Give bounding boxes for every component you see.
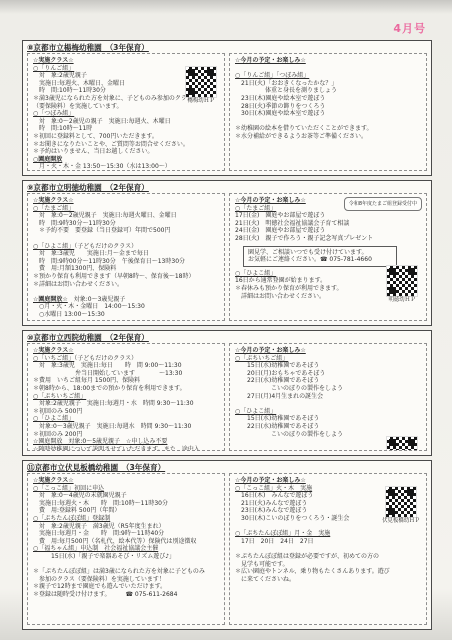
contact-box: 園見学、ご相談いつでも受け付けています。お気軽にご連絡ください。☎ 075-78…: [243, 246, 397, 267]
text-line: 30日(木)園庭や絵本室で遊ぼう: [235, 110, 421, 118]
text-line: 月・火・木・金 13:50～15:30（水は13:00～）: [33, 163, 219, 171]
text-line: ＊詳細はお問い合わせください。: [33, 281, 219, 289]
text-line: ＊「ぷちたんぽぽ組」は満3歳になられた方を対象に子どものみ: [33, 568, 219, 576]
classes-box: ☆実施クラス☆○「こっこ組」初回に申込 対 象:0～4歳児の未就園児親子 実施日…: [27, 473, 225, 625]
text-line: 22日(水)幼稚園であそぼう: [235, 423, 421, 431]
qr-code: 明徳幼ＨＰ: [382, 265, 422, 304]
text-line: ＊お聞きになりたいことや、ご質問等お問合せください。: [33, 141, 219, 149]
text-line: ○月・火・木・金曜日 14:00～15:30: [33, 303, 219, 311]
text-line: ＊預かり保育も利用できます（早朝8時～、保育後～18時）: [33, 273, 219, 281]
text-line: 体重と身長を測りましょう: [235, 87, 421, 95]
section-saiin: ⑩京都市立西院幼稚園 （2年保育） ☆実施クラス☆○「いちご組」（子どもだけのク…: [22, 330, 432, 456]
text-line: ☆実施クラス☆: [33, 347, 219, 355]
text-line: 15日(水)幼稚園であそぼう: [235, 362, 421, 370]
qr-label: 明徳幼ＨＰ: [382, 297, 422, 304]
text-line: [235, 400, 421, 408]
text-line: [33, 561, 219, 569]
text-line: 対 象:0～2歳児親子 実施日:毎週火曜日、金曜日: [33, 212, 219, 220]
section-title: ⑨京都市立明徳幼稚園 （2年保育）: [27, 183, 427, 193]
text-line: 対 象:3歳児 実施日:月～金まで毎日: [33, 250, 219, 258]
text-line: 27日(月)4月生まれの誕生会: [235, 393, 421, 401]
section-youbai: ⑧京都市立楊梅幼稚園 （3年保育） 楊梅幼ＨＰ ☆実施クラス☆○「りんご組」 対…: [22, 40, 432, 176]
text-line: ☆今月の予定・お楽しみ☆: [235, 347, 421, 355]
text-line: 費 用:登録料 500円（年間）: [33, 507, 219, 515]
text-line: [33, 288, 219, 296]
text-line: ＊初回に登録料として、700円いただきます。: [33, 133, 219, 141]
section-title: ⑪京都市立伏見板橋幼稚園 （3年保育）: [27, 463, 427, 473]
schedule-box: 西院幼ＨＰ ☆今月の予定・お楽しみ☆○「ぷちいちご組」 15日(水)幼稚園であそ…: [229, 343, 427, 451]
text-line: 17日(金) 園庭やお部屋で遊ぼう: [235, 212, 421, 220]
text-line: お気軽にご連絡ください。☎ 075-781-4660: [248, 256, 392, 264]
text-lines: ☆実施クラス☆○「たまご組」 対 象:0～2歳児親子 実施日:毎週火曜日、金曜日…: [33, 197, 219, 319]
qr-label: 楊梅幼ＨＰ: [181, 98, 221, 105]
qr-label: 伏見板橋幼ＨＰ: [381, 518, 421, 525]
page: 4月号 ⑧京都市立楊梅幼稚園 （3年保育） 楊梅幼ＨＰ ☆実施クラス☆○「りんご…: [0, 0, 452, 640]
text-line: ＊広い園庭やトンネル、乗り物もたくさんあります。遊び: [235, 568, 421, 576]
text-line: ＊水分補給ができるようお茶等ご準備ください。: [235, 133, 421, 141]
text-line: 23日(木)園庭や絵本室で遊ぼう: [235, 95, 421, 103]
text-line: ☆今月の予定・お楽しみ☆: [235, 477, 421, 485]
text-line: ○「ぷちたんぽぽ組」登録制: [33, 515, 219, 523]
registration-badge: 令和8年度たまご組登録受付中: [344, 197, 422, 211]
qr-image: [385, 486, 417, 518]
qr-code: 西院幼ＨＰ: [382, 436, 422, 451]
qr-image: [386, 436, 418, 451]
section-fushimi-itahashi: ⑪京都市立伏見板橋幼稚園 （3年保育） ☆実施クラス☆○「こっこ組」初回に申込 …: [22, 460, 432, 630]
text-line: ○水曜日 13:00～15:30: [33, 311, 219, 319]
text-line: ＊初回のみ 200円: [33, 431, 219, 439]
text-line: ＊幼稚園の絵本を借りていただくことができます。: [235, 125, 421, 133]
text-line: ○「りんご組」「つぼみ組」: [235, 72, 421, 80]
qr-image: [185, 66, 217, 98]
text-line: ☆実施クラス☆: [33, 197, 219, 205]
classes-box: 楊梅幼ＨＰ ☆実施クラス☆○「りんご組」 対 象:2歳児親子 実施日:毎週火、木…: [27, 53, 225, 171]
text-line: ○「福ちゃん組」申込制 社会福祉協議会主催: [33, 545, 219, 553]
text-lines: ☆実施クラス☆○「いちご組」（子どもだけのクラス） 対 象:3歳児 実施日:毎日…: [33, 347, 219, 451]
classes-box: ☆実施クラス☆○「たまご組」 対 象:0～2歳児親子 実施日:毎週火曜日、金曜日…: [27, 193, 225, 321]
classes-box: ☆実施クラス☆○「いちご組」（子どもだけのクラス） 対 象:3歳児 実施日:毎日…: [27, 343, 225, 451]
text-line: ＊予約不要 要登録（当日登録可）年間で500円: [33, 227, 219, 235]
text-line: [33, 235, 219, 243]
text-line: 対 象:3歳児 実施日:毎日 時 間 9:00～11:30: [33, 362, 219, 370]
text-line: 17日 20日 24日 27日: [235, 538, 421, 546]
text-line: こいのぼりの製作をしよう: [235, 385, 421, 393]
text-line: ☆実施クラス☆: [33, 57, 219, 65]
text-lines: ☆今月の予定・お楽しみ☆○「りんご組」「つぼみ組」 21日(火)「おおきくなった…: [235, 57, 421, 141]
schedule-box: ☆今月の予定・お楽しみ☆○「りんご組」「つぼみ組」 21日(火)「おおきくなった…: [229, 53, 427, 171]
text-line: ☆実施クラス☆: [33, 477, 219, 485]
text-line: 実施日:毎週月・金 時 間:9時～11時40分: [33, 530, 219, 538]
text-line: ＊費用 いちご組毎月 1500円、保険料: [33, 377, 219, 385]
text-lines: ☆今月の予定・お楽しみ☆○「ぷちいちご組」 15日(水)幼稚園であそぼう 20日…: [235, 347, 421, 438]
text-line: 時 間:10時～11時: [33, 125, 219, 133]
text-line: 24日(金) 園庭やお部屋で遊ぼう: [235, 227, 421, 235]
text-line: ☆園庭開放 対象:0～5歳児親子 ☆申し込み不要: [33, 438, 219, 446]
section-title: ⑩京都市立西院幼稚園 （2年保育）: [27, 333, 427, 343]
schedule-box: 伏見板橋幼ＨＰ ☆今月の予定・お楽しみ☆○「こっこ組」火・木 実施 16日(木)…: [229, 473, 427, 625]
text-line: ＊ぷちたんぽぽ組は登録が必要ですが、初めての方の: [235, 553, 421, 561]
qr-code: 楊梅幼ＨＰ: [181, 66, 221, 105]
text-line: ○「ぷちたんぽぽ組」月・金 実施: [235, 530, 421, 538]
text-line: に来てくださいね。: [235, 576, 421, 584]
text-line: 対象:0～3歳児親子 実施日:毎週水 時間 9:30～11:30: [33, 423, 219, 431]
qr-code: 伏見板橋幼ＨＰ: [381, 486, 421, 525]
text-line: ☆随時幼稚園について説明させていただきます。また、途中入: [33, 446, 219, 451]
text-line: ○「ひよこ組」: [33, 415, 219, 423]
text-line: 15日(水)幼稚園であそぼう: [235, 415, 421, 423]
schedule-box: 令和8年度たまご組登録受付中 ☆今月の予定・お楽しみ☆○「たまご組」17日(金)…: [229, 193, 427, 321]
text-line: ＊親子で12時まで園庭でも遊んでいただけます。: [33, 583, 219, 591]
issue-label: 4月号: [393, 20, 426, 36]
text-line: 対象:2歳児親子 実施日:毎週月・水 時間 9:30～11:30: [33, 400, 219, 408]
text-line: 対 象:0～4歳児の未就園児親子: [33, 492, 219, 500]
section-title: ⑧京都市立楊梅幼稚園 （3年保育）: [27, 43, 427, 53]
text-line: ＊予約はいりません、当日お越しください。: [33, 148, 219, 156]
text-line: ＊朝8時から、18:00までの預かり保育を利用できます。: [33, 385, 219, 393]
text-line: ☆今月の予定・お楽しみ☆: [235, 57, 421, 65]
text-line: ○「つぼみ組」: [33, 110, 219, 118]
text-lines: ☆実施クラス☆○「こっこ組」初回に申込 対 象:0～4歳児の未就園児親子 実施日…: [33, 477, 219, 599]
text-line: [235, 545, 421, 553]
text-line: 費 用:月額1300円、保険料: [33, 265, 219, 273]
qr-image: [386, 265, 418, 297]
text-line: 15日(水)「親子で楽器あそび・リズム遊び♪」: [33, 553, 219, 561]
text-line: 28日(火) 親子で作ろう・親子記念写真プレゼント: [235, 235, 421, 243]
section-meitoku: ⑨京都市立明徳幼稚園 （2年保育） ☆実施クラス☆○「たまご組」 対 象:0～2…: [22, 180, 432, 326]
text-line: ＊登録は随時受け付けます。 ☎ 075-611-2684: [33, 591, 219, 599]
text-line: 見学も可能です。: [235, 561, 421, 569]
text-line: 22日(水)幼稚園であそぼう: [235, 377, 421, 385]
